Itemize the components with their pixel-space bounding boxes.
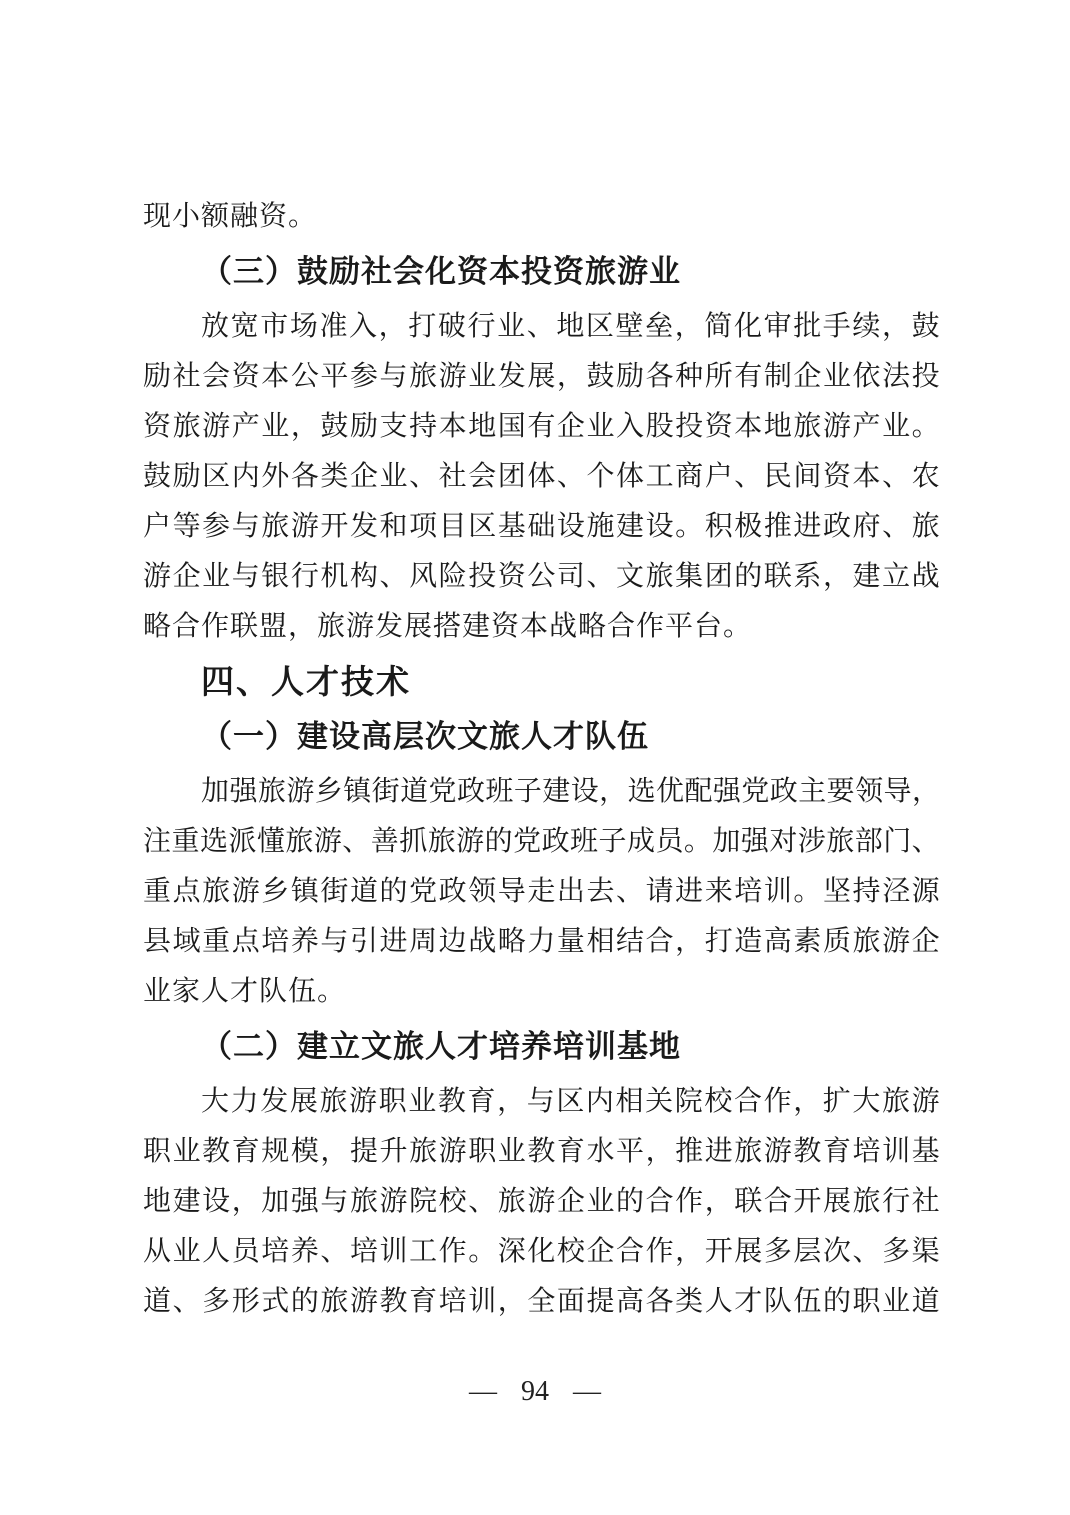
paragraph-line: 地建设，加强与旅游院校、旅游企业的合作，联合开展旅行社 xyxy=(143,1177,940,1227)
footer-dash-right: — xyxy=(573,1372,601,1412)
paragraph-line: 县域重点培养与引进周边战略力量相结合，打造高素质旅游企 xyxy=(143,917,940,967)
paragraph-line: 放宽市场准入，打破行业、地区壁垒，简化审批手续，鼓 xyxy=(143,302,940,352)
paragraph-line: 现小额融资。 xyxy=(143,192,940,242)
paragraph-line: 职业教育规模，提升旅游职业教育水平，推进旅游教育培训基 xyxy=(143,1127,940,1177)
subsection-heading: （一）建设高层次文旅人才队伍 xyxy=(143,712,940,762)
subsection-heading: （二）建立文旅人才培养培训基地 xyxy=(143,1022,940,1072)
paragraph-line: 道、多形式的旅游教育培训，全面提高各类人才队伍的职业道 xyxy=(143,1277,940,1327)
paragraph-line: 户等参与旅游开发和项目区基础设施建设。积极推进政府、旅 xyxy=(143,502,940,552)
footer-dash-left: — xyxy=(469,1372,497,1412)
paragraph-line: 重点旅游乡镇街道的党政领导走出去、请进来培训。坚持泾源 xyxy=(143,867,940,917)
paragraph-line: 鼓励区内外各类企业、社会团体、个体工商户、民间资本、农 xyxy=(143,452,940,502)
paragraph-line: 注重选派懂旅游、善抓旅游的党政班子成员。加强对涉旅部门、 xyxy=(143,817,940,867)
paragraph-line: 从业人员培养、培训工作。深化校企合作，开展多层次、多渠 xyxy=(143,1227,940,1277)
paragraph-line: 励社会资本公平参与旅游业发展，鼓励各种所有制企业依法投 xyxy=(143,352,940,402)
document-page: 现小额融资。 （三）鼓励社会化资本投资旅游业 放宽市场准入，打破行业、地区壁垒，… xyxy=(0,0,1070,1515)
section-heading: 四、人才技术 xyxy=(143,657,940,707)
paragraph-line: 资旅游产业，鼓励支持本地国有企业入股投资本地旅游产业。 xyxy=(143,402,940,452)
subsection-heading: （三）鼓励社会化资本投资旅游业 xyxy=(143,247,940,297)
paragraph-line: 游企业与银行机构、风险投资公司、文旅集团的联系，建立战 xyxy=(143,552,940,602)
paragraph-line: 略合作联盟，旅游发展搭建资本战略合作平台。 xyxy=(143,602,940,652)
paragraph-line: 大力发展旅游职业教育，与区内相关院校合作，扩大旅游 xyxy=(143,1077,940,1127)
paragraph-line: 业家人才队伍。 xyxy=(143,967,940,1017)
paragraph-line: 加强旅游乡镇街道党政班子建设，选优配强党政主要领导， xyxy=(143,767,940,817)
page-footer: —94— xyxy=(0,1372,1070,1412)
document-content: 现小额融资。 （三）鼓励社会化资本投资旅游业 放宽市场准入，打破行业、地区壁垒，… xyxy=(143,192,940,1327)
page-number: 94 xyxy=(521,1372,549,1412)
